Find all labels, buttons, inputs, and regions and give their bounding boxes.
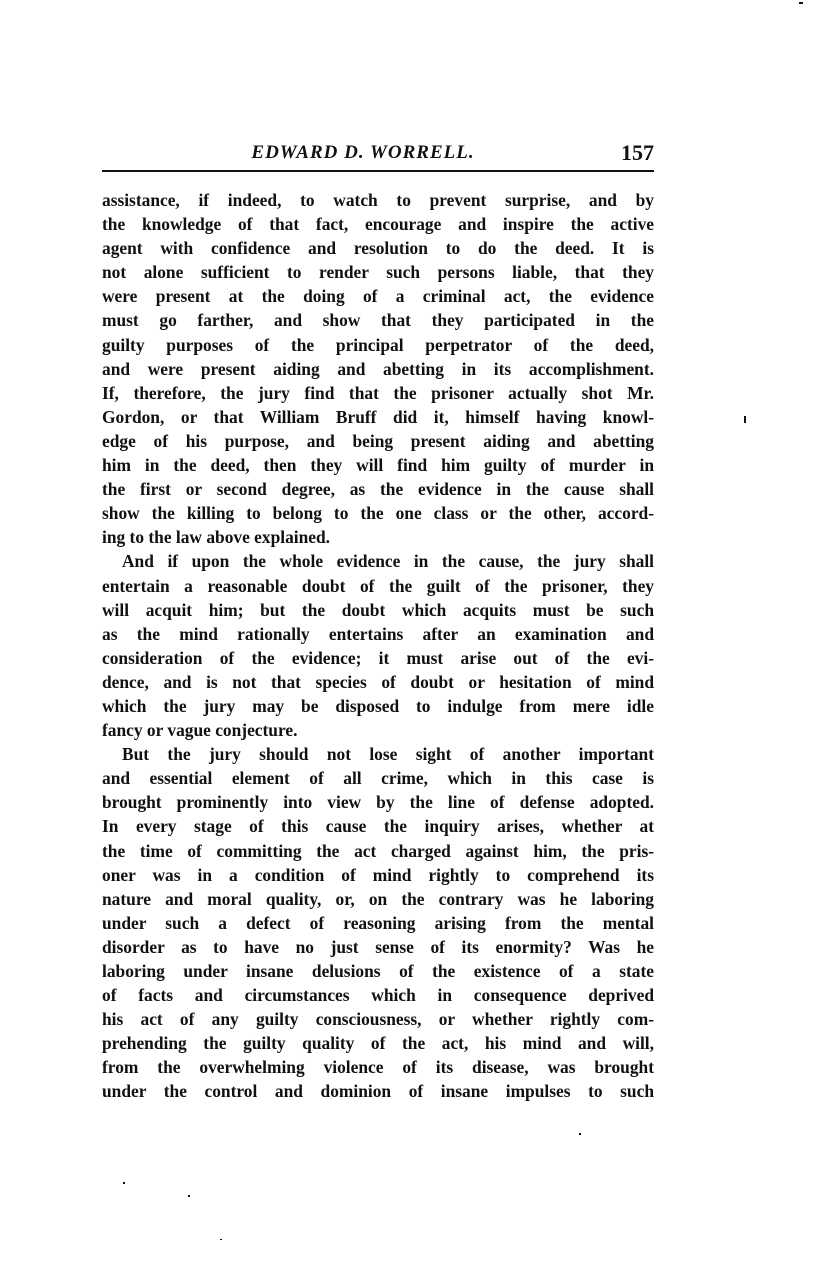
text-line: ing to the law above explained. <box>102 525 654 549</box>
scan-speck <box>220 1239 222 1240</box>
text-line: entertain a reasonable doubt of the guil… <box>102 574 654 598</box>
text-line: brought prominently into view by the lin… <box>102 790 654 814</box>
text-line: agent with confidence and resolution to … <box>102 236 654 260</box>
scan-speck <box>188 1195 190 1197</box>
text-line: Gordon, or that William Bruff did it, hi… <box>102 405 654 429</box>
page-number: 157 <box>621 140 654 166</box>
text-line: not alone sufficient to render such pers… <box>102 260 654 284</box>
text-line: and were present aiding and abetting in … <box>102 357 654 381</box>
text-line: In every stage of this cause the inquiry… <box>102 814 654 838</box>
text-line: the knowledge of that fact, encourage an… <box>102 212 654 236</box>
book-page: EDWARD D. WORRELL. 157 assistance, if in… <box>0 0 836 1284</box>
text-line: under the control and dominion of insane… <box>102 1079 654 1103</box>
text-line: assistance, if indeed, to watch to preve… <box>102 188 654 212</box>
text-line: fancy or vague conjecture. <box>102 718 654 742</box>
text-line: laboring under insane delusions of the e… <box>102 959 654 983</box>
body-text: assistance, if indeed, to watch to preve… <box>102 188 654 1104</box>
text-line: under such a defect of reasoning arising… <box>102 911 654 935</box>
text-line: of facts and circumstances which in cons… <box>102 983 654 1007</box>
paragraph-1: assistance, if indeed, to watch to preve… <box>102 188 654 549</box>
running-title: EDWARD D. WORRELL. <box>102 142 654 164</box>
text-line: edge of his purpose, and being present a… <box>102 429 654 453</box>
text-line: his act of any guilty consciousness, or … <box>102 1007 654 1031</box>
scan-speck <box>799 2 803 4</box>
scan-speck <box>744 416 746 423</box>
text-line: must go farther, and show that they part… <box>102 308 654 332</box>
text-line: dence, and is not that species of doubt … <box>102 670 654 694</box>
text-line: as the mind rationally entertains after … <box>102 622 654 646</box>
scan-speck <box>579 1133 581 1135</box>
text-line: If, therefore, the jury find that the pr… <box>102 381 654 405</box>
text-line: But the jury should not lose sight of an… <box>102 742 654 766</box>
text-line: him in the deed, then they will find him… <box>102 453 654 477</box>
text-line: the time of committing the act charged a… <box>102 839 654 863</box>
header-rule <box>102 170 654 172</box>
text-line: disorder as to have no just sense of its… <box>102 935 654 959</box>
text-line: from the overwhelming violence of its di… <box>102 1055 654 1079</box>
text-line: will acquit him; but the doubt which acq… <box>102 598 654 622</box>
text-line: consideration of the evidence; it must a… <box>102 646 654 670</box>
text-line: oner was in a condition of mind rightly … <box>102 863 654 887</box>
text-line: which the jury may be disposed to indulg… <box>102 694 654 718</box>
text-line: prehending the guilty quality of the act… <box>102 1031 654 1055</box>
text-line: were present at the doing of a criminal … <box>102 284 654 308</box>
text-line: and essential element of all crime, whic… <box>102 766 654 790</box>
text-line: show the killing to belong to the one cl… <box>102 501 654 525</box>
text-line: nature and moral quality, or, on the con… <box>102 887 654 911</box>
paragraph-3: But the jury should not lose sight of an… <box>102 742 654 1103</box>
text-line: the first or second degree, as the evide… <box>102 477 654 501</box>
running-head: EDWARD D. WORRELL. 157 <box>102 142 654 168</box>
paragraph-2: And if upon the whole evidence in the ca… <box>102 549 654 742</box>
text-line: And if upon the whole evidence in the ca… <box>102 549 654 573</box>
text-line: guilty purposes of the principal perpetr… <box>102 333 654 357</box>
scan-speck <box>123 1182 125 1184</box>
